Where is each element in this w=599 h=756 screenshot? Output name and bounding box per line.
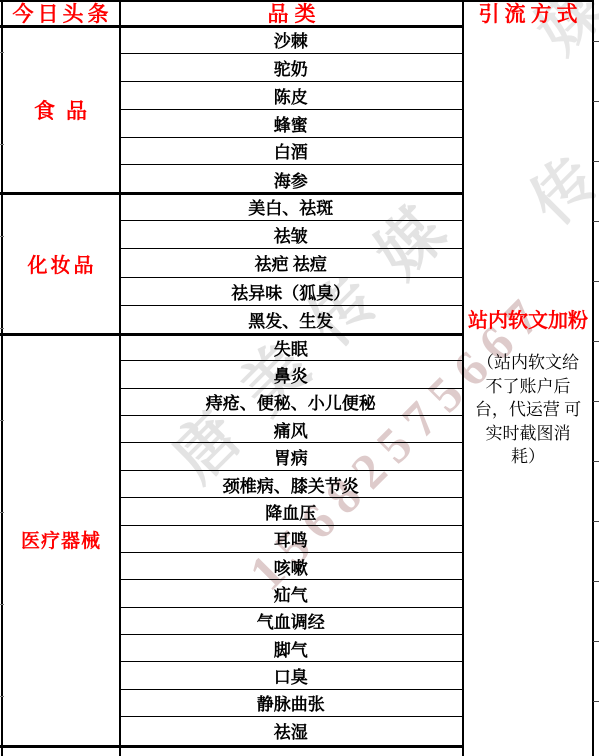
category-cell: 化妆品 [1,193,120,334]
gridline-stub [0,696,4,697]
item-cell: 痔疮、便秘、小儿便秘 [120,389,462,416]
gridline-stub [0,144,4,145]
item-cell: 脚气 [120,635,462,662]
item-cell: 陈皮 [120,82,462,110]
grid-line-col-divider-2 [462,0,465,756]
item-cell: 祛湿 [120,717,462,744]
item-cell: 气血调经 [120,608,462,635]
item-cell: 口臭 [120,662,462,689]
item-cell: 降血压 [120,498,462,525]
item-cell: 祛疤 祛痘 [120,249,462,277]
header-cell-category: 品类 [120,0,463,26]
gridline-stub [0,328,4,329]
grid-line-left-border [1,0,3,756]
item-cell: 祛异味（狐臭） [120,278,462,306]
gridline-stub [593,41,599,42]
grid-line-top [0,0,593,2]
gridline-stub [0,52,4,53]
item-cell: 白酒 [120,138,462,166]
gridline-stub [593,521,599,522]
item-cell: 沙棘 [120,27,462,55]
watermark-fragment: 传 [507,134,599,241]
item-cell: 海参 [120,165,462,193]
gridline-stub [0,420,4,421]
item-cell: 痛风 [120,416,462,443]
gridline-stub [593,641,599,642]
item-cell: 失眠 [120,334,462,361]
grid-line-bottom [0,745,464,749]
item-cell: 咳嗽 [120,553,462,580]
item-cell: 驼奶 [120,54,462,82]
gridline-stub [593,161,599,162]
gridline-stub [593,221,599,222]
traffic-note: （站内软文给 不了账户后 台，代运营 可 实时截图消 耗） [462,351,594,469]
item-cell: 胃病 [120,443,462,470]
grid-line-group-divider [0,333,464,336]
gridline-stub [593,281,599,282]
item-cell: 静脉曲张 [120,690,462,717]
item-cell: 黑发、生发 [120,306,462,334]
grid-line-header-bottom [0,25,464,28]
item-cell: 美白、祛斑 [120,193,462,221]
item-cell: 颈椎病、膝关节炎 [120,471,462,498]
grid-line-group-divider [0,192,464,195]
gridline-stub [593,101,599,102]
table-canvas: 唐美传媒 15682575667 传 媒 今日头条 品类 引流方式 食品沙棘驼奶… [0,0,599,756]
gridline-stub [593,701,599,702]
item-cell: 耳鸣 [120,526,462,553]
gridline-stub [593,401,599,402]
header-cell-platform: 今日头条 [1,0,120,26]
grid-line-col-divider-1 [119,0,121,756]
gridline-stub [0,512,4,513]
item-cell: 祛皱 [120,221,462,249]
traffic-method: 站内软文加粉 [463,302,593,334]
gridline-stub [593,581,599,582]
gridline-stub [593,341,599,342]
item-cell: 疝气 [120,580,462,607]
item-cell: 鼻炎 [120,361,462,388]
item-cell: 蜂蜜 [120,110,462,138]
gridline-stub [593,461,599,462]
category-cell: 医疗器械 [1,334,120,745]
gridline-stub [0,236,4,237]
gridline-stub [0,604,4,605]
category-cell: 食品 [1,27,120,194]
header-cell-method: 引流方式 [463,0,593,26]
grid-line-right-border [592,0,594,756]
